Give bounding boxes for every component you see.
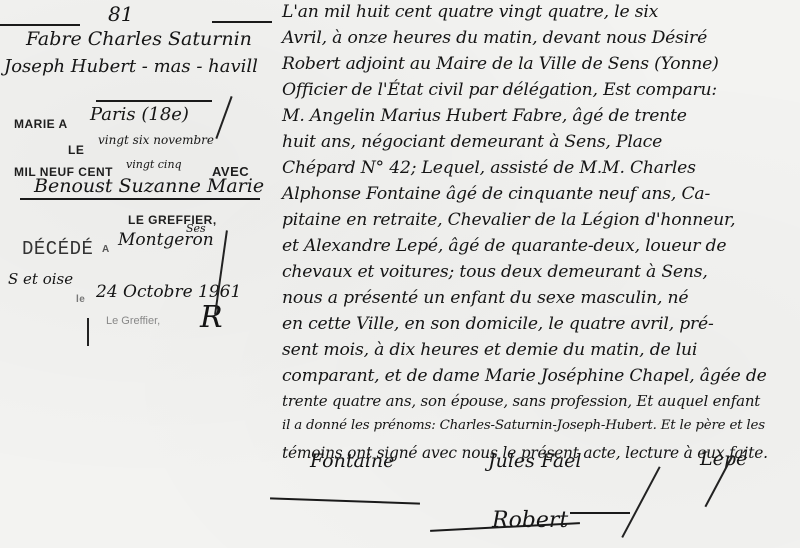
body-line-16: trente quatre ans, son épouse, sans prof… xyxy=(282,392,760,410)
body-line-15: comparant, et de dame Marie Joséphine Ch… xyxy=(282,366,767,386)
robert-tail-rule xyxy=(570,512,630,514)
body-line-5: M. Angelin Marius Hubert Fabre, âgé de t… xyxy=(282,106,687,126)
margin-rule-top-right xyxy=(212,21,272,23)
margin-tick xyxy=(87,318,89,346)
signature-jules-fael: Jules Fael xyxy=(488,450,582,472)
marriage-place: Paris (18e) xyxy=(90,104,189,125)
marriage-date: vingt six novembre xyxy=(98,133,214,147)
body-line-11: chevaux et voitures; tous deux demeurant… xyxy=(282,262,708,282)
body-line-17: il a donné les prénoms: Charles-Saturnin… xyxy=(282,418,765,433)
margin-rule-top-left xyxy=(0,24,80,26)
signature-lepe: Lepé xyxy=(700,448,747,470)
body-line-6: huit ans, négociant demeurant à Sens, Pl… xyxy=(282,132,662,152)
death-le-label: le xyxy=(76,294,85,305)
death-a-label: A xyxy=(102,244,110,255)
body-line-10: et Alexandre Lepé, âgé de quarante-deux,… xyxy=(282,236,726,256)
body-line-7: Chépard N° 42; Lequel, assisté de M.M. C… xyxy=(282,158,696,178)
body-line-3: Robert adjoint au Maire de la Ville de S… xyxy=(282,54,719,74)
margin-name-line1: Fabre Charles Saturnin xyxy=(26,28,252,50)
scanned-record-page: 81 Fabre Charles Saturnin Joseph Hubert … xyxy=(0,0,800,548)
death-greffier-label: Le Greffier, xyxy=(106,315,160,327)
marriage-le-label: LE xyxy=(68,143,84,157)
death-department: S et oise xyxy=(8,270,73,288)
body-line-4: Officier de l'État civil par délégation,… xyxy=(282,80,717,100)
death-stamp-label: DÉCÉDÉ xyxy=(22,238,93,260)
margin-name-line2: Joseph Hubert - mas - havill xyxy=(4,56,258,77)
body-line-2: Avril, à onze heures du matin, devant no… xyxy=(282,28,707,48)
signature-robert: Robert xyxy=(492,508,568,533)
margin-rule-marriage xyxy=(96,100,212,102)
body-line-1: L'an mil huit cent quatre vingt quatre, … xyxy=(282,2,658,22)
marriage-year: vingt cinq xyxy=(126,158,182,171)
signature-fontaine: Fontaine xyxy=(310,450,394,472)
body-line-8: Alphonse Fontaine âgé de cinquante neuf … xyxy=(282,184,710,204)
body-line-14: sent mois, à dix heures et demie du mati… xyxy=(282,340,697,360)
body-line-9: pitaine en retraite, Chevalier de la Lég… xyxy=(282,210,735,230)
death-initial: R xyxy=(200,300,223,335)
spouse-underline xyxy=(20,198,260,200)
margin-stroke xyxy=(215,96,232,139)
entry-number: 81 xyxy=(108,2,133,26)
spouse-name: Benoust Suzanne Marie xyxy=(34,175,264,197)
death-place-superscript: Ses xyxy=(186,222,206,235)
signature-slash-1 xyxy=(621,466,660,537)
signature-flourish-rule xyxy=(270,497,420,504)
body-line-12: nous a présenté un enfant du sexe mascul… xyxy=(282,288,688,308)
body-line-13: en cette Ville, en son domicile, le quat… xyxy=(282,314,714,334)
marriage-stamp-label: MARIE A xyxy=(14,117,68,131)
